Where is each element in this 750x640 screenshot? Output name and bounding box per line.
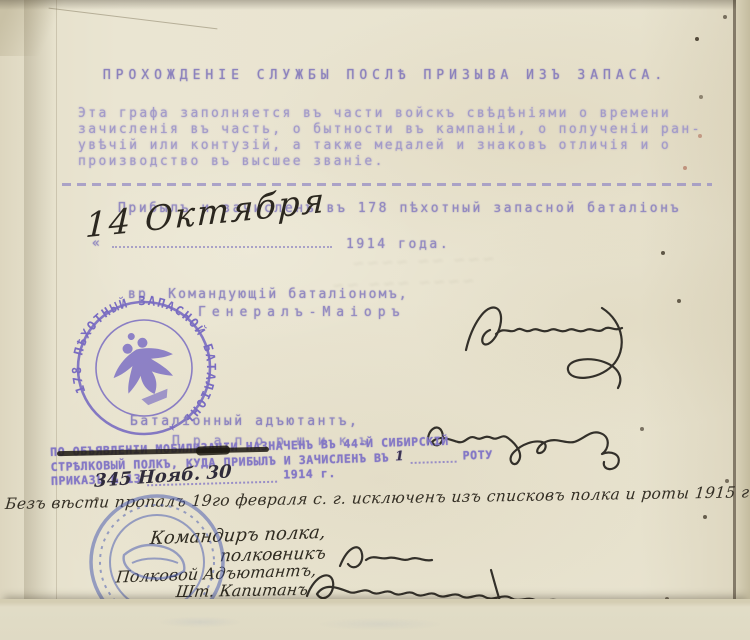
ink-bleedthrough: ~~~ ~~ ~~~~ xyxy=(350,249,495,272)
foxing-specks xyxy=(0,0,2,2)
underlying-page-marks xyxy=(120,612,540,632)
note-line-3: увѣчій или контузій, а также медалей и з… xyxy=(78,138,702,154)
double-headed-eagle-icon xyxy=(100,321,187,413)
instruction-note: Эта графа заполняется въ части войскъ св… xyxy=(78,106,702,170)
left-fold-shadow xyxy=(24,0,54,640)
date-year-line: 1914 года. xyxy=(346,237,450,252)
handwritten-company-number: 1 xyxy=(395,450,405,465)
note-line-1: Эта графа заполняется въ части войскъ св… xyxy=(78,106,702,122)
adjutant-title-line1: Баталіонный адъютантъ, xyxy=(130,414,359,429)
photo-top-shadow xyxy=(0,0,750,10)
note-line-2: зачисленія въ часть, о бытности въ кампа… xyxy=(78,122,702,138)
order-year-label: 1914 г. xyxy=(283,466,336,482)
handwritten-date: 14 Октября xyxy=(85,181,327,247)
ink-blot xyxy=(196,445,230,455)
service-record-page: ПРОХОЖДЕНІЕ СЛУЖБЫ ПОСЛѢ ПРИЗЫВА ИЗЪ ЗАП… xyxy=(0,0,750,640)
dashed-separator xyxy=(62,183,712,186)
right-page-sliver xyxy=(736,0,750,640)
commander-title-line2: Генералъ-Маіоръ xyxy=(198,305,405,320)
mobilization-line2-suffix: РОТУ xyxy=(462,447,493,462)
battalion-commander-signature xyxy=(452,278,652,393)
note-line-4: производство въ высшее званіе. xyxy=(78,154,702,170)
section-header: ПРОХОЖДЕНІЕ СЛУЖБЫ ПОСЛѢ ПРИЗЫВА ИЗЪ ЗАП… xyxy=(85,68,685,83)
date-dotted-leader xyxy=(112,246,332,248)
